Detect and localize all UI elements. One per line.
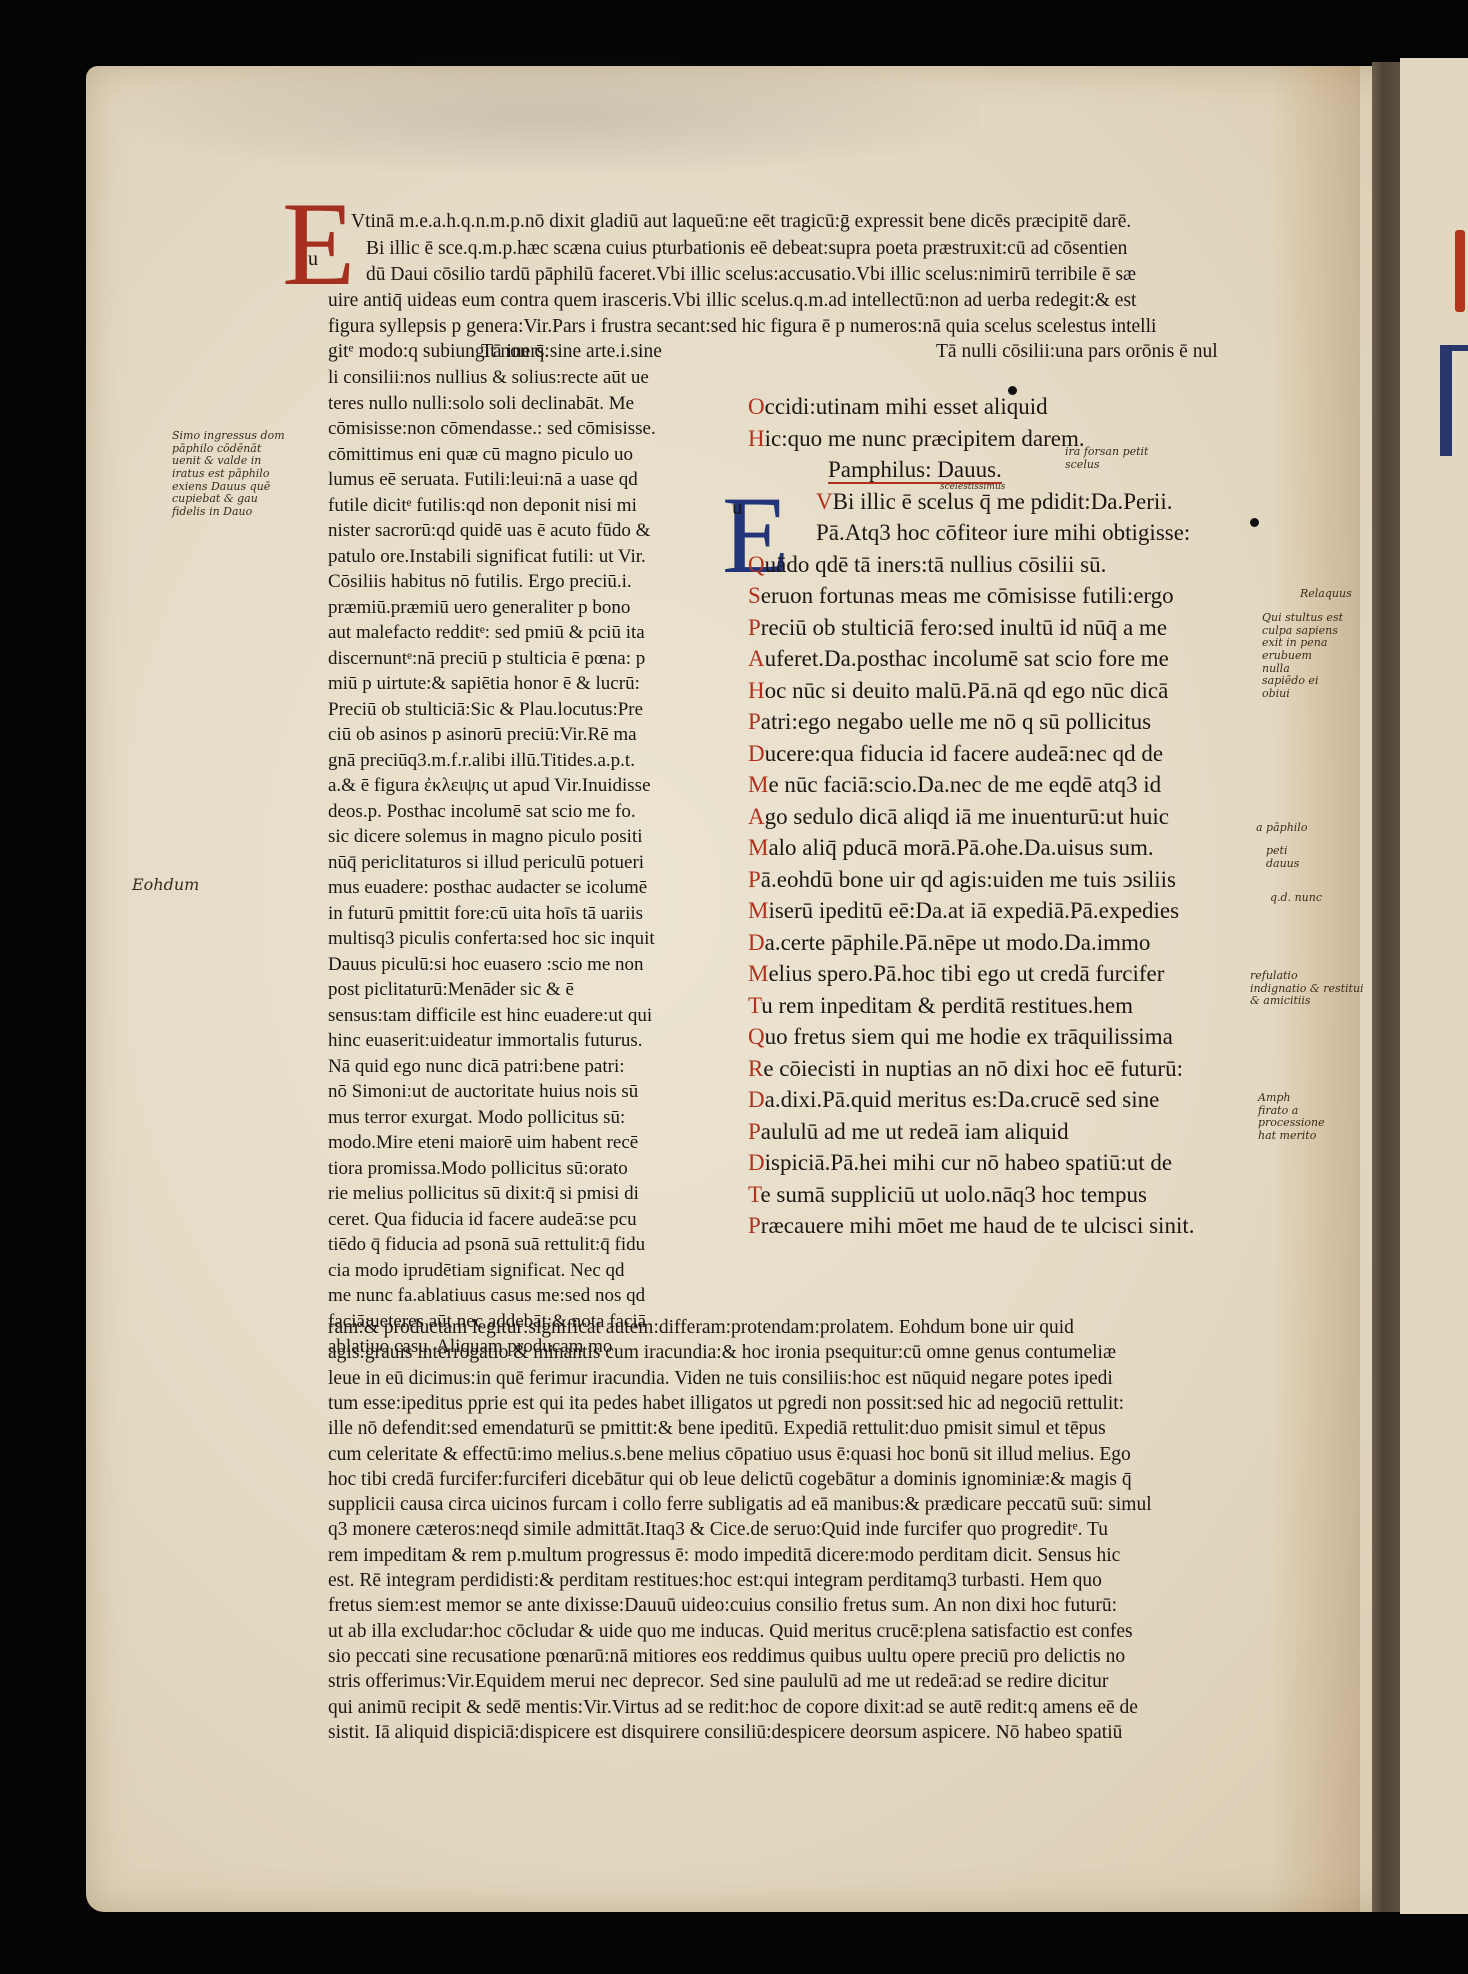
commentary-line: deos.p. Posthac incolumē sat scio me fo.: [328, 802, 636, 821]
rubricated-capital: D: [748, 741, 765, 766]
commentary-line: Cōsiliis habitus nō futilis. Ergo preciū…: [328, 572, 632, 591]
verse-line: Quādo qdē tā iners:tā nullius cōsilii sū…: [748, 553, 1106, 576]
rubricated-capital: M: [748, 961, 768, 986]
rubricated-capital: D: [748, 930, 765, 955]
commentary-line: tum esse:ipeditus pprie est qui ita pede…: [328, 1394, 1124, 1414]
marginal-note-right: Qui stultus est culpa sapiens exit in pe…: [1262, 612, 1343, 700]
verse-line: Pā.Atq3 hoc cōfiteor iure mihi obtigisse…: [816, 521, 1190, 544]
commentary-line: ram:& productam legitur:significat autem…: [328, 1318, 1074, 1338]
commentary-line: modo.Mire eteni maiorē uim habent recē: [328, 1133, 638, 1152]
verse-text: ic:quo me nunc præcipitem darem.: [765, 426, 1085, 451]
verse-text: Pā.Atq3 hoc cōfiteor iure mihi obtigisse…: [816, 520, 1190, 545]
rubricated-capital: M: [748, 835, 768, 860]
commentary-line: multisq3 piculis conferta:sed hoc sic in…: [328, 929, 655, 948]
verse-line: Malo aliq̄ pducā morā.Pā.ohe.Da.uisus su…: [748, 836, 1154, 859]
commentary-line: Nā quid ego nunc dicā patri:bene patri:: [328, 1057, 625, 1076]
verse-text: ccidi:utinam mihi esset aliquid: [765, 394, 1048, 419]
verse-line: Hic:quo me nunc præcipitem darem.: [748, 427, 1085, 450]
rubricated-capital: P: [748, 867, 761, 892]
commentary-line: stris offerimus:Vir.Equidem merui nec de…: [328, 1672, 1108, 1692]
commentary-line: agis:grauis interrogatio & minantis cum …: [328, 1343, 1116, 1363]
verse-text: uādo qdē tā iners:tā nullius cōsilii sū.: [765, 552, 1107, 577]
red-initial-e: E: [282, 184, 355, 304]
guide-letter-verse: u: [732, 495, 743, 520]
verse-line: Dispiciā.Pā.hei mihi cur nō habeo spatiū…: [748, 1151, 1172, 1174]
verse-text: ræcauere mihi mōet me haud de te ulcisci…: [761, 1213, 1195, 1238]
rubricated-capital: Q: [748, 552, 765, 577]
rubricated-capital: P: [748, 615, 761, 640]
commentary-line: discernuntᵉ:nā preciū p stulticia ē pœna…: [328, 649, 645, 668]
verse-line: Paululū ad me ut redeā iam aliquid: [748, 1120, 1069, 1143]
verse-text: Pamphilus: Dauus.: [828, 457, 1002, 484]
verse-line: Da.certe pāphile.Pā.nēpe ut modo.Da.immo: [748, 931, 1150, 954]
verse-line: Præcauere mihi mōet me haud de te ulcisc…: [748, 1214, 1194, 1237]
commentary-line: sic dicere solemus in magno piculo posit…: [328, 827, 643, 846]
verse-text: oc nūc si deuito malū.Pā.nā qd ego nūc d…: [765, 678, 1169, 703]
rubricated-capital: A: [748, 646, 765, 671]
commentary-line: cum celeritate & effectū:imo melius.s.be…: [328, 1445, 1131, 1465]
verse-line: Quo fretus siem qui me hodie ex trāquili…: [748, 1025, 1173, 1048]
commentary-line: nūq̄ periclitaturos si illud periculū po…: [328, 853, 644, 872]
commentary-line: Bi illic ē sce.q.m.p.hæc scæna cuius ptu…: [366, 239, 1127, 259]
rubricated-capital: V: [816, 489, 833, 514]
commentary-line: est. Rē integram perdidisti:& perditam r…: [328, 1571, 1102, 1591]
commentary-line: figura syllepsis p genera:Vir.Pars i fru…: [328, 317, 1156, 337]
commentary-line: tiēdo q̄ fiducia ad psonā suā rettulit:q…: [328, 1235, 645, 1254]
commentary-line: lumus eē seruata. Futili:leui:nā a uase …: [328, 470, 638, 489]
verse-text: iserū ipeditū eē:Da.at iā expediā.Pā.exp…: [768, 898, 1179, 923]
commentary-line: cōmittimus eni quæ cū magno piculo uo: [328, 445, 633, 464]
verse-line: Preciū ob stulticiā fero:sed inultū id n…: [748, 616, 1167, 639]
verse-text: eruon fortunas meas me cōmisisse futili:…: [761, 583, 1174, 608]
commentary-line: cōmisisse:non cōmendasse.: sed cōmisisse…: [328, 419, 656, 438]
facing-page-red-initial: [1455, 230, 1465, 312]
verse-text: reciū ob stulticiā fero:sed inultū id nū…: [761, 615, 1167, 640]
commentary-line: præmiū.præmiū uero generaliter p bono: [328, 598, 630, 617]
commentary-line: aut malefacto redditᵉ: sed pmiū & pciū i…: [328, 623, 645, 642]
verse-text: aululū ad me ut redeā iam aliquid: [761, 1119, 1069, 1144]
verse-line: Ducere:qua fiducia id facere audeā:nec q…: [748, 742, 1163, 765]
rubricated-capital: D: [748, 1150, 765, 1175]
rubricated-capital: M: [748, 772, 768, 797]
commentary-line: post piclitaturū:Menāder sic & ē: [328, 980, 574, 999]
guide-letter: u: [308, 248, 318, 271]
commentary-line: sio peccati sine recusatione pœnarū:nā m…: [328, 1647, 1125, 1667]
commentary-line: fretus siem:est memor se ante dixisse:Da…: [328, 1596, 1117, 1616]
verse-text: uo fretus siem qui me hodie ex trāquilis…: [765, 1024, 1173, 1049]
rubricated-capital: H: [748, 426, 765, 451]
rubricated-capital: R: [748, 1056, 763, 1081]
commentary-line: me nunc fa.ablatiuus casus me:sed nos qd: [328, 1286, 645, 1305]
verse-line: Auferet.Da.posthac incolumē sat scio for…: [748, 647, 1169, 670]
speaker-heading: Pamphilus: Dauus.: [828, 458, 1002, 481]
verse-line: Hoc nūc si deuito malū.Pā.nā qd ego nūc …: [748, 679, 1168, 702]
commentary-line: ceret. Qua fiducia id facere audeā:se pc…: [328, 1210, 637, 1229]
verse-text: e sumā suppliciū ut uolo.nāq3 hoc tempus: [760, 1182, 1146, 1207]
verse-text: uferet.Da.posthac incolumē sat scio fore…: [765, 646, 1169, 671]
verse-text: alo aliq̄ pducā morā.Pā.ohe.Da.uisus sum…: [768, 835, 1153, 860]
verse-text: ucere:qua fiducia id facere audeā:nec qd…: [765, 741, 1163, 766]
ink-dot: [1008, 386, 1017, 395]
commentary-line: nister sacrorū:qd quidē uas ē acuto fūdo…: [328, 521, 650, 540]
verse-text: e nūc faciā:scio.Da.nec de me eqdē atq3 …: [768, 772, 1161, 797]
rubricated-capital: P: [748, 1119, 761, 1144]
commentary-line: rem impeditam & rem p.multum progressus …: [328, 1546, 1120, 1566]
commentary-line: mus euadere: posthac audacter se icolumē: [328, 878, 647, 897]
commentary-line: miū p uirtute:& sapiētia honor ē & lucrū…: [328, 674, 640, 693]
verse-line: Te sumā suppliciū ut uolo.nāq3 hoc tempu…: [748, 1183, 1147, 1206]
commentary-line: nō Simoni:ut de auctoritate huius nois s…: [328, 1082, 638, 1101]
rubricated-capital: A: [748, 804, 765, 829]
marginal-note-right: refulatio indignatio & restitui & amicit…: [1250, 970, 1364, 1008]
commentary-line: gnā preciūq3.m.f.r.alibi illū.Titides.a.…: [328, 751, 635, 770]
marginal-note-right: a pāphilo: [1256, 822, 1307, 835]
commentary-line: rie melius pollicitus sū dixit:q̄ si pmi…: [328, 1184, 639, 1203]
commentary-lemma: Tā iners:sine arte.i.sine: [481, 342, 662, 362]
verse-line: Pā.eohdū bone uir qd agis:uiden me tuis …: [748, 868, 1176, 891]
commentary-line: li consilii:nos nullius & solius:recte a…: [328, 368, 649, 387]
verse-line: Seruon fortunas meas me cōmisisse futili…: [748, 584, 1174, 607]
facing-page-blue-initial: [1440, 345, 1468, 456]
commentary-lemma: Tā nulli cōsilii:una pars orōnis ē nul: [936, 342, 1218, 362]
commentary-line: Vtinā m.e.a.h.q.n.m.p.nō dixit gladiū au…: [351, 212, 1131, 232]
rubricated-capital: T: [748, 993, 761, 1018]
verse-line: Da.dixi.Pā.quid meritus es:Da.crucē sed …: [748, 1088, 1159, 1111]
verse-line: Tu rem inpeditam & perditā restitues.hem: [748, 994, 1133, 1017]
marginal-note-right: peti dauus: [1266, 845, 1299, 870]
verse-line: Re cōiecisti in nuptias an nō dixi hoc e…: [748, 1057, 1183, 1080]
verse-text: ispiciā.Pā.hei mihi cur nō habeo spatiū:…: [765, 1150, 1173, 1175]
rubricated-capital: P: [748, 709, 761, 734]
facing-page-edge: [1400, 58, 1468, 1914]
rubricated-capital: T: [748, 1182, 760, 1207]
commentary-line: a.& ē figura ἐκλειψις ut apud Vir.Inuidi…: [328, 776, 651, 795]
marginal-note-right: Relaquus: [1300, 588, 1352, 601]
commentary-line: uire antiq̄ uideas eum contra quem irasc…: [328, 291, 1136, 311]
rubricated-capital: O: [748, 394, 765, 419]
marginal-note-right: Amph firato a processione hat merito: [1258, 1092, 1325, 1143]
commentary-line: sistit. Iā aliquid dispiciā:dispicere es…: [328, 1723, 1122, 1743]
rubricated-capital: S: [748, 583, 761, 608]
commentary-line: sensus:tam difficile est hinc euadere:ut…: [328, 1006, 652, 1025]
commentary-line: leue in eū dicimus:in quē ferimur iracun…: [328, 1369, 1113, 1389]
verse-line: VBi illic ē scelus q̄ me pdidit:Da.Perii…: [816, 490, 1172, 513]
interlinear-note: scelestissimus: [940, 482, 1005, 492]
verse-text: elius spero.Pā.hoc tibi ego ut credā fur…: [768, 961, 1164, 986]
marginal-note-eohdum: Eohdum: [132, 876, 199, 894]
ink-smudge: [120, 55, 980, 175]
rubricated-capital: P: [748, 1213, 761, 1238]
commentary-line: mus terror exurgat. Modo pollicitus sū:: [328, 1108, 625, 1127]
commentary-line: Dauus piculū:si hoc euasero :scio me non: [328, 955, 644, 974]
verse-line: Me nūc faciā:scio.Da.nec de me eqdē atq3…: [748, 773, 1161, 796]
verse-line: Ago sedulo dicā aliqd iā me inuenturū:ut…: [748, 805, 1169, 828]
commentary-line: patulo ore.Instabili significat futili: …: [328, 547, 646, 566]
rubricated-capital: D: [748, 1087, 765, 1112]
rubricated-capital: H: [748, 678, 765, 703]
verse-text: go sedulo dicā aliqd iā me inuenturū:ut …: [765, 804, 1169, 829]
verse-text: atri:ego negabo uelle me nō q sū pollici…: [761, 709, 1151, 734]
commentary-line: hinc euaserit:uideatur immortalis futuru…: [328, 1031, 642, 1050]
verse-text: a.dixi.Pā.quid meritus es:Da.crucē sed s…: [765, 1087, 1160, 1112]
commentary-line: ille nō defendit:sed emendaturū se pmitt…: [328, 1419, 1106, 1439]
commentary-line: q3 monere cæteros:neqd simile admittāt.I…: [328, 1520, 1108, 1540]
commentary-line: tiora promissa.Modo pollicitus sū:orato: [328, 1159, 628, 1178]
commentary-line: in futurū pmittit fore:cū uita hoīs tā u…: [328, 904, 643, 923]
verse-line: Melius spero.Pā.hoc tibi ego ut credā fu…: [748, 962, 1164, 985]
marginal-note-right: q.d. nunc: [1270, 892, 1322, 905]
ink-dot: [1250, 518, 1259, 527]
commentary-line: hoc tibi credā furcifer:furciferi dicebā…: [328, 1470, 1132, 1490]
rubricated-capital: Q: [748, 1024, 765, 1049]
verse-text: a.certe pāphile.Pā.nēpe ut modo.Da.immo: [765, 930, 1151, 955]
commentary-line: Preciū ob stulticiā:Sic & Plau.locutus:P…: [328, 700, 643, 719]
marginal-note-left: Simo ingressus dom pāphilo cōdēnāt uenit…: [172, 430, 285, 518]
commentary-line: teres nullo nulli:solo soli declinabāt. …: [328, 394, 634, 413]
commentary-line: supplicii causa circa uicinos furcam i c…: [328, 1495, 1152, 1515]
commentary-line: ut ab illa excludar:hoc cōcludar & uide …: [328, 1622, 1133, 1642]
marginal-note-heading: ira forsan petit scelus: [1065, 446, 1148, 471]
verse-text: u rem inpeditam & perditā restitues.hem: [761, 993, 1133, 1018]
commentary-line: dū Daui cōsilio tardū pāphilū faceret.Vb…: [366, 265, 1136, 285]
verse-line: Miserū ipeditū eē:Da.at iā expediā.Pā.ex…: [748, 899, 1179, 922]
commentary-line: futile dicitᵉ futilis:qd non deponit nis…: [328, 496, 637, 515]
verse-line: Patri:ego negabo uelle me nō q sū pollic…: [748, 710, 1151, 733]
verse-line: Occidi:utinam mihi esset aliquid: [748, 395, 1048, 418]
commentary-line: ciū ob asinos p asinorū preciū:Vir.Rē ma: [328, 725, 637, 744]
verse-text: ā.eohdū bone uir qd agis:uiden me tuis ↄ…: [761, 867, 1176, 892]
rubricated-capital: M: [748, 898, 768, 923]
commentary-line: cia modo iprudētiam significat. Nec qd: [328, 1261, 625, 1280]
book-gutter: [1372, 62, 1402, 1912]
verse-text: e cōiecisti in nuptias an nō dixi hoc eē…: [763, 1056, 1183, 1081]
commentary-line: qui animū recipit & sedē mentis:Vir.Virt…: [328, 1698, 1138, 1718]
